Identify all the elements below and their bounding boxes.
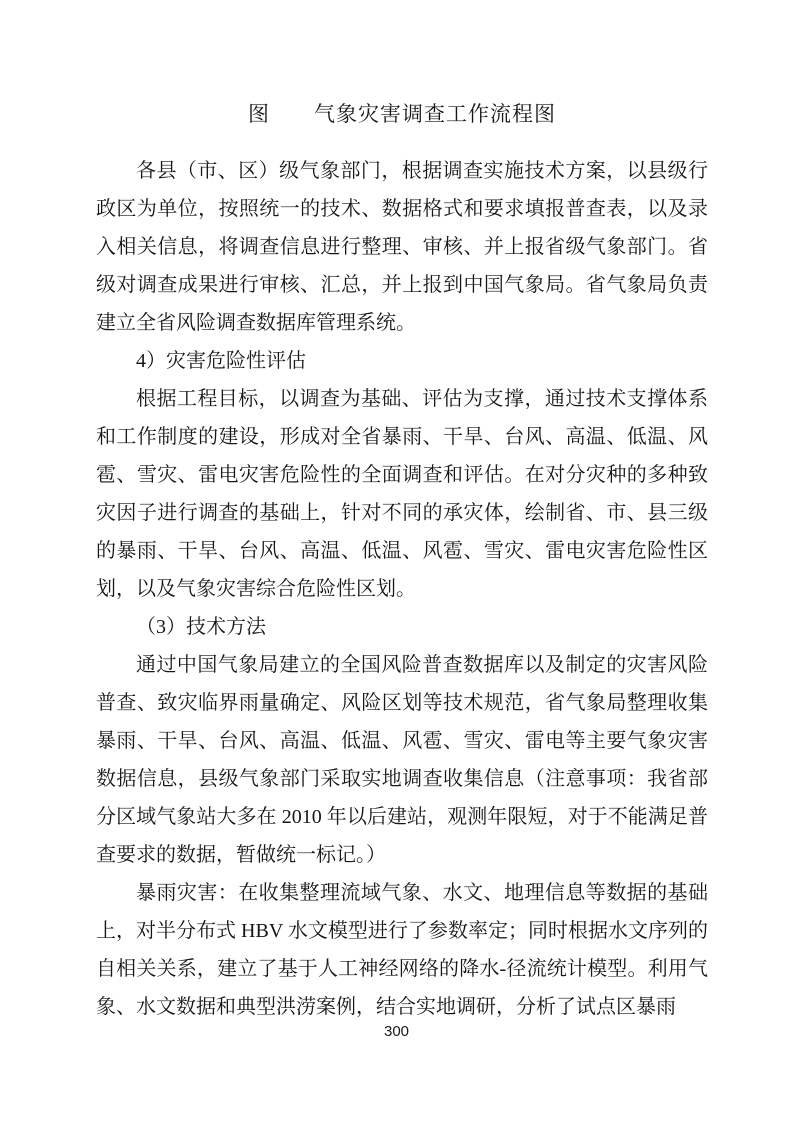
document-page: 图 气象灾害调查工作流程图 各县（市、区）级气象部门，根据调查实施技术方案，以县… — [0, 0, 793, 1122]
paragraph: 暴雨灾害：在收集整理流域气象、水文、地理信息等数据的基础上，对半分布式 HBV … — [96, 874, 708, 1026]
paragraph: 各县（市、区）级气象部门，根据调查实施技术方案，以县级行政区为单位，按照统一的技… — [96, 152, 708, 342]
paragraph: 根据工程目标，以调查为基础、评估为支撑，通过技术支撑体系和工作制度的建设，形成对… — [96, 380, 708, 608]
page-number: 300 — [0, 1023, 793, 1040]
document-content: 图 气象灾害调查工作流程图 各县（市、区）级气象部门，根据调查实施技术方案，以县… — [96, 100, 708, 1026]
figure-caption-title: 图 气象灾害调查工作流程图 — [96, 100, 708, 128]
section-heading: 4）灾害危险性评估 — [96, 342, 708, 380]
section-heading: （3）技术方法 — [96, 608, 708, 646]
paragraph: 通过中国气象局建立的全国风险普查数据库以及制定的灾害风险普查、致灾临界雨量确定、… — [96, 646, 708, 874]
